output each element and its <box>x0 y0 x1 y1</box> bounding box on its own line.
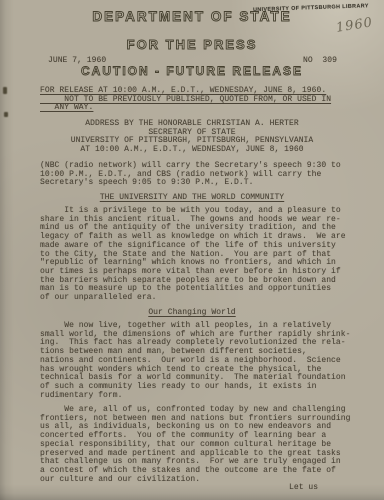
caution-banner: CAUTION - FUTURE RELEASE <box>0 64 384 78</box>
press-release-page: UNIVERSITY OF PITTSBURGH LIBRARY 1960 DE… <box>0 0 384 500</box>
release-notice: FOR RELEASE AT 10:00 A.M., E.D.T., WEDNE… <box>40 87 331 113</box>
section-heading-our-changing-world: Our Changing World <box>0 309 384 318</box>
catchword: Let us <box>289 484 318 493</box>
speech-paragraph: We now live, together with all peoples, … <box>40 322 350 400</box>
speech-paragraph: It is a privilege to be with you today, … <box>40 207 346 303</box>
for-the-press-title: FOR THE PRESS <box>0 37 384 52</box>
margin-ink-smudge <box>3 87 7 94</box>
broadcast-note: (NBC (radio network) will carry the Secr… <box>40 162 341 188</box>
address-block: ADDRESS BY THE HONORABLE CHRISTIAN A. HE… <box>0 120 384 155</box>
speech-paragraph: We are, all of us, confronted today by n… <box>40 406 350 484</box>
section-heading-university-world-community: THE UNIVERSITY AND THE WORLD COMMUNITY <box>0 194 384 203</box>
margin-ink-smudge <box>4 112 8 117</box>
department-title: DEPARTMENT OF STATE <box>0 9 384 24</box>
